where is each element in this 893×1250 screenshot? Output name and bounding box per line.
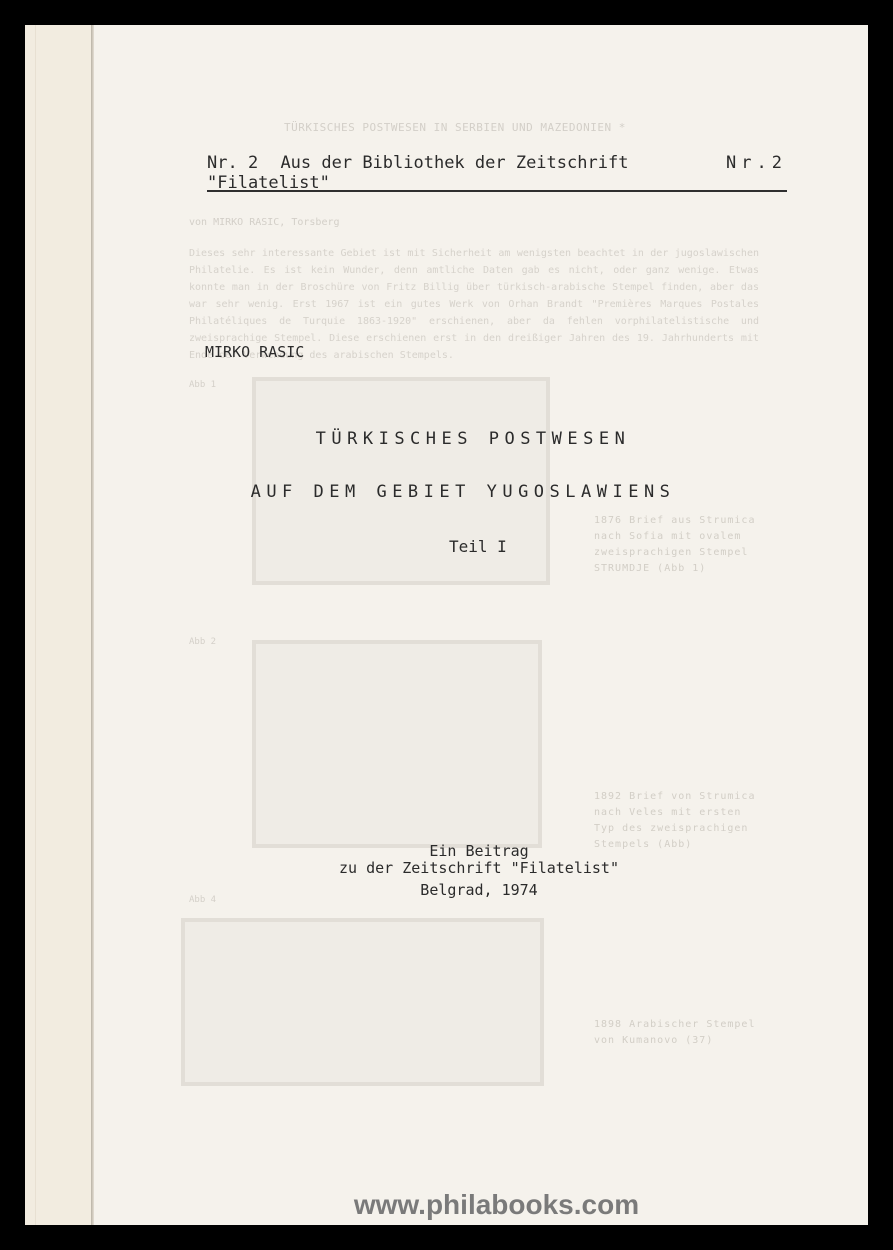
- bleed-through-figure-label: Abb 1: [189, 380, 216, 390]
- place-and-year: Belgrad, 1974: [314, 882, 644, 899]
- part-label: Teil I: [449, 537, 507, 556]
- bleed-through-figure-label: Abb 4: [189, 895, 216, 905]
- bleed-through-caption-3: 1898 Arabischer Stempel von Kumanovo (37…: [594, 1017, 764, 1049]
- issue-number-right: Nr.2: [726, 153, 787, 173]
- spine-crease: [35, 25, 36, 1225]
- watermark-url: www.philabooks.com: [25, 1189, 868, 1221]
- title-line-2: AUF DEM GEBIET YUGOSLAWIENS: [76, 482, 850, 502]
- bleed-through-caption-1: 1876 Brief aus Strumica nach Sofia mit o…: [594, 513, 764, 577]
- issue-number-left: Nr. 2: [207, 153, 258, 173]
- contribution-block: Ein Beitrag zu der Zeitschrift "Filateli…: [314, 843, 644, 899]
- title-line-1: TÜRKISCHES POSTWESEN: [86, 429, 860, 449]
- cover-spine-strip: [25, 25, 92, 1225]
- bleed-through-figure-2: [252, 640, 542, 848]
- series-header: Nr. 2 Aus der Bibliothek der Zeitschrift…: [207, 153, 787, 193]
- scanned-document: TÜRKISCHES POSTWESEN IN SERBIEN UND MAZE…: [25, 25, 868, 1225]
- bleed-through-author: von MIRKO RASIC, Torsberg: [189, 217, 340, 228]
- title-page: TÜRKISCHES POSTWESEN IN SERBIEN UND MAZE…: [94, 25, 868, 1225]
- contribution-line-1: Ein Beitrag: [314, 843, 644, 860]
- bleed-through-figure-label: Abb 2: [189, 637, 216, 647]
- series-title: Aus der Bibliothek der Zeitschrift "Fila…: [207, 153, 628, 193]
- bleed-through-title: TÜRKISCHES POSTWESEN IN SERBIEN UND MAZE…: [284, 121, 626, 134]
- author-name: MIRKO RASIC: [205, 343, 304, 361]
- header-rule: [207, 190, 787, 192]
- contribution-line-2: zu der Zeitschrift "Filatelist": [314, 860, 644, 877]
- bleed-through-figure-3: [181, 918, 544, 1086]
